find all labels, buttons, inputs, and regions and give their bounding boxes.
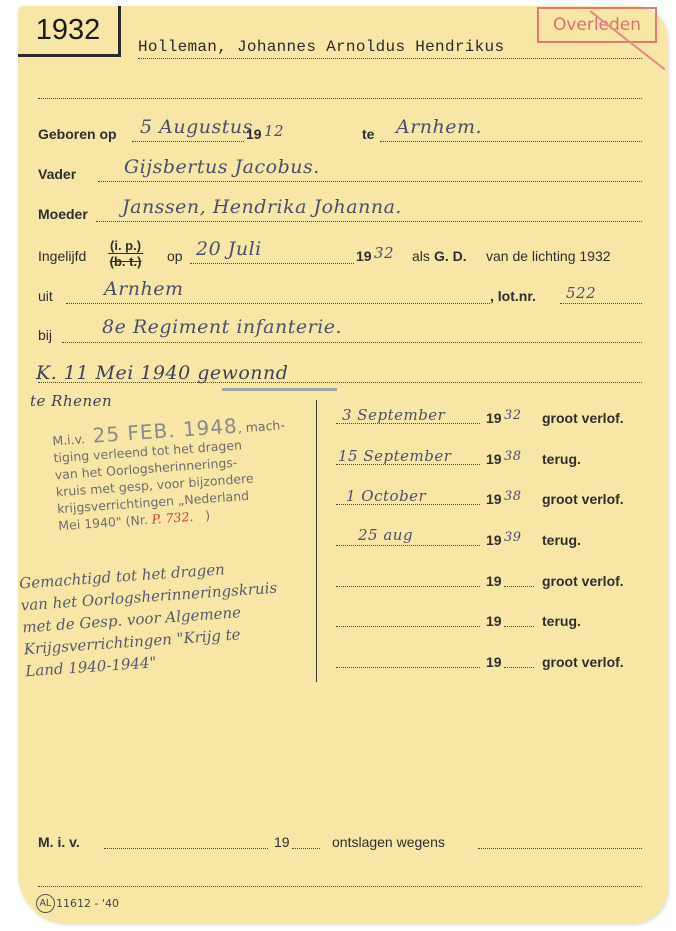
row-date: 25 aug	[358, 526, 413, 544]
row-year-prefix: 19	[486, 654, 502, 670]
uit-value: Arnhem	[104, 278, 184, 300]
ingelijfd-date: 20 Juli	[196, 238, 262, 260]
lichting-label: van de lichting 1932	[486, 248, 611, 264]
ingelijfd-label: Ingelijfd	[38, 248, 86, 264]
year-box: 1932	[18, 6, 121, 57]
ingelijfd-year: 32	[374, 244, 394, 262]
print-code: 11612 - '40	[56, 897, 119, 910]
geboren-year: 12	[264, 122, 284, 140]
printer-logo-icon: AL	[36, 894, 55, 913]
ingelijfd-date-line	[190, 263, 354, 264]
footer-year-prefix: 19	[274, 834, 290, 850]
row-year-prefix: 19	[486, 491, 502, 507]
footer-year-line	[292, 848, 320, 849]
bij-label: bij	[38, 327, 52, 343]
geboren-date: 5 Augustus	[140, 116, 253, 138]
stamp-close: )	[205, 508, 211, 523]
person-name: Holleman, Johannes Arnoldus Hendrikus	[138, 38, 504, 56]
row-year-prefix: 19	[486, 451, 502, 467]
overleden-stamp: Overleden	[537, 7, 657, 43]
stamp-line: , mach-	[237, 417, 285, 435]
service-row: 15 September 19 38 terug.	[336, 449, 636, 469]
row-year-prefix: 19	[486, 613, 502, 629]
row-year-prefix: 19	[486, 573, 502, 589]
row-date: 3 September	[342, 406, 445, 424]
row-year: 38	[504, 489, 522, 504]
te-label: te	[362, 126, 374, 142]
service-row: 19 groot verlof.	[336, 571, 636, 591]
bij-line	[62, 342, 642, 343]
row-year: 39	[504, 530, 522, 545]
ontslagen-label: ontslagen wegens	[332, 834, 445, 850]
stamp-number: P. 732.	[151, 509, 194, 527]
geboren-label: Geboren op	[38, 126, 117, 142]
row-action: groot verlof.	[542, 410, 624, 426]
footer-blank-line	[38, 886, 642, 887]
miv-date-line	[104, 848, 268, 849]
stamp-miv: M.i.v.	[52, 431, 86, 448]
row-action: terug.	[542, 532, 581, 548]
ingelijfd-year-prefix: 19	[356, 248, 372, 264]
blank-line	[38, 98, 642, 99]
row-year: 32	[504, 408, 522, 423]
service-row: 19 groot verlof.	[336, 652, 636, 672]
als-label: als	[412, 248, 430, 264]
row-action: groot verlof.	[542, 654, 624, 670]
lotnr-label: , lot.nr.	[490, 288, 536, 304]
miv-label: M. i. v.	[38, 834, 80, 850]
row-date: 1 October	[346, 487, 426, 505]
moeder-label: Moeder	[38, 206, 88, 222]
service-row: 3 September 19 32 groot verlof.	[336, 408, 636, 428]
frac-top: (i. p.)	[108, 238, 143, 254]
lotnr-value: 522	[566, 284, 596, 302]
row-year-prefix: 19	[486, 532, 502, 548]
row-date: 15 September	[338, 447, 451, 465]
bij-value: 8e Regiment infanterie.	[102, 316, 342, 338]
ontslagen-line	[478, 848, 642, 849]
note-gewond: K. 11 Mei 1940 gewonnd	[36, 362, 288, 384]
row-year-line	[504, 667, 534, 668]
vader-line	[98, 181, 642, 182]
row-action: groot verlof.	[542, 573, 624, 589]
op-label: op	[167, 248, 183, 264]
service-row: 19 terug.	[336, 611, 636, 631]
service-row: 25 aug 19 39 terug.	[336, 530, 636, 550]
row-date-line	[336, 626, 480, 627]
row-date-line	[336, 667, 480, 668]
decoration-stamp: M.i.v. 25 FEB. 1948, mach- tiging verlee…	[52, 414, 299, 534]
geboren-date-line	[132, 141, 244, 142]
row-year: 38	[504, 449, 522, 464]
name-line	[138, 58, 642, 59]
lotnr-line	[560, 303, 642, 304]
moeder-value: Janssen, Hendrika Johanna.	[122, 196, 402, 218]
gd-label: G. D.	[434, 248, 467, 264]
row-date-line	[336, 586, 480, 587]
geboren-year-prefix: 19	[246, 126, 262, 142]
moeder-line	[96, 221, 642, 222]
geboren-place: Arnhem.	[396, 116, 482, 138]
vader-value: Gijsbertus Jacobus.	[124, 156, 320, 178]
ingelijfd-fraction: (i. p.) (b. t.)	[108, 238, 143, 269]
uit-line	[66, 303, 490, 304]
row-action: groot verlof.	[542, 491, 624, 507]
vader-label: Vader	[38, 166, 76, 182]
place-line	[380, 141, 642, 142]
frac-bottom: (b. t.)	[110, 254, 142, 269]
row-year-prefix: 19	[486, 410, 502, 426]
row-action: terug.	[542, 451, 581, 467]
service-row: 1 October 19 38 groot verlof.	[336, 489, 636, 509]
row-action: terug.	[542, 613, 581, 629]
uit-label: uit	[38, 288, 53, 304]
row-year-line	[504, 586, 534, 587]
handwritten-note: Gemachtigd tot het dragen van het Oorlog…	[19, 552, 326, 683]
note-rhenen: te Rhenen	[30, 392, 112, 410]
row-date-line	[336, 545, 480, 546]
blue-pencil-mark	[222, 388, 337, 391]
row-year-line	[504, 626, 534, 627]
